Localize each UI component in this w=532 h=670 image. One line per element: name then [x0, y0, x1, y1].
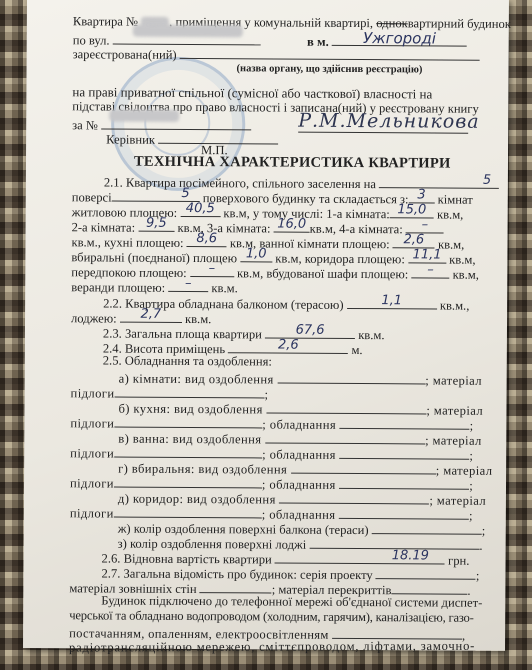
finish-field [291, 460, 436, 475]
equipment-field [339, 445, 469, 460]
room3-value: 16,0 [274, 218, 310, 232]
storeys-field: 5 [112, 188, 200, 203]
finish-field [279, 490, 429, 505]
hall-field: – [190, 263, 234, 277]
floor-label: підлоги [70, 476, 114, 490]
city-field: Ужгороді [332, 32, 467, 47]
equipment-field [340, 415, 470, 430]
utilities-line-4: радіотрансляційною мережею, сміттєпровод… [69, 639, 505, 656]
room4-value: – [406, 218, 444, 232]
kitchen-field: 8,6 [187, 233, 227, 247]
closet-value: – [411, 263, 449, 277]
closet-field: – [411, 264, 449, 278]
veranda-field: – [168, 278, 208, 292]
height-value: 2,6 [228, 338, 348, 353]
equipment-field [339, 475, 469, 490]
balcony-value: 1,1 [347, 294, 437, 309]
storeys-value: 5 [112, 187, 200, 202]
street-field [113, 31, 261, 46]
book-number-field [101, 115, 251, 130]
toilet-field: 1,0 [240, 248, 272, 262]
loggia-field: 2,7 [120, 309, 182, 323]
equipment-field [339, 505, 469, 520]
project-series-field [376, 565, 476, 580]
floor-field: 5 [379, 174, 499, 189]
restoration-cost-value: 18.19 [275, 549, 445, 564]
balcony-color-field [372, 520, 482, 535]
floor-label: підлоги [70, 446, 114, 460]
lighting-field [332, 625, 462, 640]
toilet-value: 1,0 [240, 247, 272, 261]
rooms-value: 3 [408, 188, 434, 202]
floor-field [114, 504, 262, 519]
head-label: Керівник [106, 132, 155, 146]
registered-label: зареєстрована(ний) [73, 47, 177, 62]
floor-field [114, 444, 262, 459]
floor-value: 5 [379, 173, 499, 188]
floor-label: підлоги [70, 506, 114, 520]
room3-field: 16,0 [274, 219, 310, 233]
section-title: ТЕХНІЧНА ХАРАКТЕРИСТИКА КВАРТИРИ [134, 155, 508, 172]
floor-label: підлоги [70, 416, 114, 430]
living-area-field: 40,5 [180, 203, 220, 217]
apartment-label: Квартира № [73, 14, 138, 28]
registered-hint: (назва органу, що здійснив реєстрацію) [237, 61, 509, 78]
restoration-cost-field: 18.19 [275, 550, 445, 565]
registered-field [180, 45, 480, 61]
balcony-field: 1,1 [347, 295, 437, 310]
bath-value: 2,6 [393, 233, 435, 247]
kitchen-value: 8,6 [187, 232, 227, 246]
corridor-value: 11,1 [408, 248, 446, 262]
loggia-value: 2,7 [120, 308, 182, 322]
living-area-value: 40,5 [180, 202, 220, 216]
total-area-value: 67,6 [265, 323, 355, 338]
document-page: Квартира № , приміщення у комунальній кв… [23, 0, 509, 651]
hall-value: – [190, 262, 234, 276]
veranda-value: – [168, 277, 208, 291]
height-field: 2,6 [228, 339, 348, 354]
bath-field: 2,6 [393, 234, 435, 248]
finish-field [265, 429, 425, 444]
room2-value: 9,5 [138, 217, 174, 231]
floors-field [391, 580, 467, 594]
floor-label: підлоги [71, 386, 115, 400]
book-label: за № [72, 118, 98, 132]
room1-field: 15,0 [390, 204, 434, 218]
corridor-field: 11,1 [408, 249, 446, 263]
finish-field [277, 370, 425, 385]
finish-field [266, 399, 426, 414]
city-value: Ужгороді [332, 31, 467, 46]
walls-field [200, 579, 272, 593]
room1-value: 15,0 [390, 203, 434, 217]
room2-field: 9,5 [138, 218, 174, 232]
floor-field [114, 474, 262, 489]
floor-field [114, 414, 262, 429]
floor-field [114, 384, 264, 399]
